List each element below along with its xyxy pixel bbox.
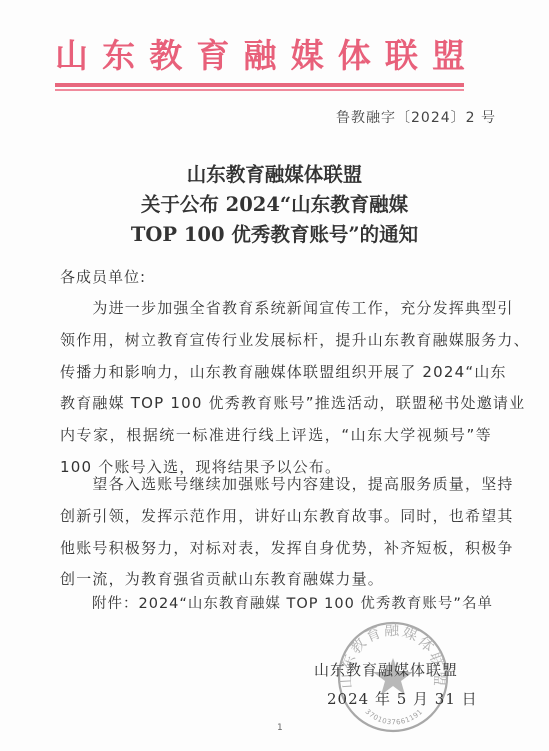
- document-number: 鲁教融字〔2024〕2 号: [336, 107, 496, 127]
- svg-text:3701037661191: 3701037661191: [364, 708, 425, 727]
- masthead-char: 融: [244, 30, 277, 77]
- page-number: 1: [277, 723, 283, 733]
- paragraph-line: 传播力和影响力，山东教育融媒体联盟组织开展了 2024“山东: [60, 357, 492, 389]
- paragraph-line: 他账号积极努力，对标对表，发挥自身优势，补齐短板，积极争: [60, 533, 492, 565]
- masthead-char: 山: [55, 30, 88, 77]
- paragraph-line: 创新引领，发挥示范作用，讲好山东教育故事。同时，也希望其: [60, 501, 492, 533]
- body-paragraph-1: 为进一步加强全省教育系统新闻宣传工作，充分发挥典型引 领作用，树立教育宣传行业发…: [60, 293, 492, 484]
- paragraph-line: 领作用，树立教育宣传行业发展标杆，提升山东教育融媒服务力、: [60, 325, 492, 357]
- masthead-char: 盟: [432, 30, 465, 77]
- notice-title-line-1: 山东教育融媒体联盟: [0, 160, 549, 190]
- masthead-title: 山 东 教 育 融 媒 体 联 盟: [55, 33, 465, 73]
- body-paragraph-2: 望各入选账号继续加强账号内容建设，提高服务质量，坚持 创新引领，发挥示范作用，讲…: [60, 469, 492, 596]
- masthead-char: 育: [196, 30, 229, 77]
- masthead-char: 媒: [291, 30, 324, 77]
- paragraph-line: 教育融媒 TOP 100 优秀教育账号”推选活动，联盟秘书处邀请业: [60, 388, 492, 420]
- paragraph-line: 望各入选账号继续加强账号内容建设，提高服务质量，坚持: [60, 469, 492, 501]
- masthead-char: 联: [385, 30, 418, 77]
- document-page: 山 东 教 育 融 媒 体 联 盟 鲁教融字〔2024〕2 号 山东教育融媒体联…: [0, 0, 549, 751]
- paragraph-line: 内专家，根据统一标准进行线上评选，“山东大学视频号”等: [60, 420, 492, 452]
- paragraph-line: 为进一步加强全省教育系统新闻宣传工作，充分发挥典型引: [60, 293, 492, 325]
- masthead-char: 东: [102, 30, 135, 77]
- masthead-char: 体: [338, 30, 371, 77]
- salutation: 各成员单位:: [60, 266, 146, 287]
- masthead-divider-thick: [55, 83, 464, 87]
- notice-title-line-3: TOP 100 优秀教育账号”的通知: [0, 220, 549, 250]
- notice-title-line-2: 关于公布 2024“山东教育融媒: [0, 190, 549, 220]
- signature-date: 2024 年 5 月 31 日: [327, 688, 478, 709]
- attachment-note: 附件：2024“山东教育融媒 TOP 100 优秀教育账号”名单: [92, 592, 493, 613]
- masthead-divider-thin: [55, 89, 464, 91]
- masthead-char: 教: [149, 30, 182, 77]
- signature-organization: 山东教育融媒体联盟: [314, 659, 458, 680]
